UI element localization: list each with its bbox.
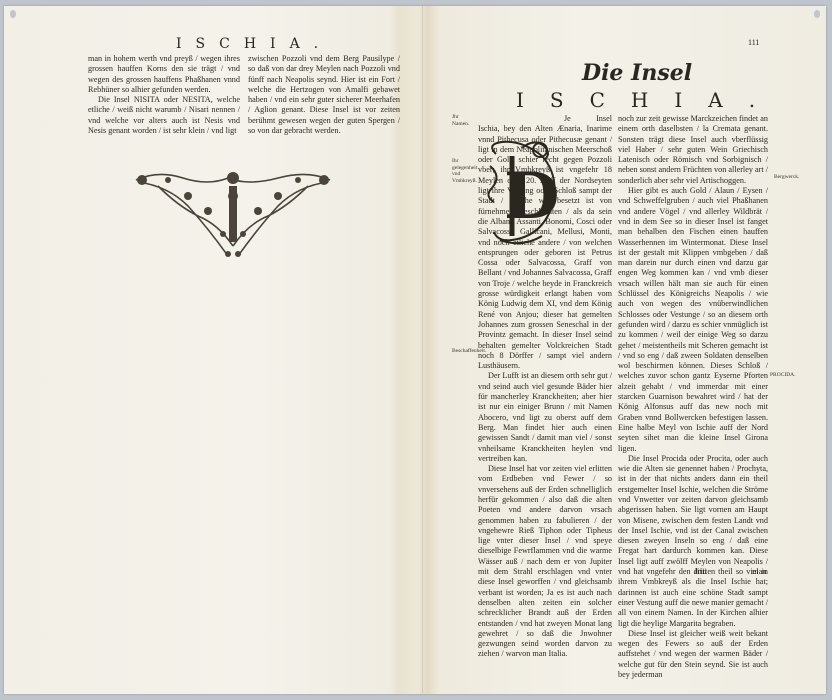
pin-hole-left	[10, 10, 16, 18]
catchword: man	[752, 566, 767, 576]
pin-hole-right	[814, 10, 820, 18]
margin-note-names: Jhr Namen.	[452, 114, 476, 127]
fold-line	[422, 6, 423, 694]
right-column-2: noch zur zeit gewisse Marckzeichen finde…	[618, 114, 768, 680]
right-column-1: Je Insel Ischia, bey den Alten Ænaria, I…	[478, 114, 612, 660]
paragraph: Die Insel Procida oder Procita, oder auc…	[618, 454, 768, 629]
floral-headpiece-ornament	[128, 166, 338, 266]
paragraph: Diese Insel ist gleicher weiß weit bekan…	[618, 629, 768, 680]
paragraph: Diese Insel hat vor zeiten viel erlitten…	[478, 464, 612, 660]
paragraph: Die Insel NISITA oder NESITA, welche etl…	[88, 95, 240, 136]
paragraph: Je Insel Ischia, bey den Alten Ænaria, I…	[478, 114, 612, 371]
left-column-2: zwischen Pozzoli vnd dem Berg Pausilype …	[248, 54, 400, 136]
margin-note-procida: PROCIDA.	[770, 372, 796, 379]
paragraph: zwischen Pozzoli vnd dem Berg Pausilype …	[248, 54, 400, 136]
signature-mark: Jiiii	[694, 566, 707, 576]
paragraph: Hier gibt es auch Gold / Alaun / Eysen /…	[618, 186, 768, 454]
page-title-fraktur: Die Insel	[582, 60, 692, 86]
page-number: 111	[748, 38, 759, 47]
margin-note-location: Ihr gelegenheit vnd Vmbkreyß.	[452, 158, 476, 184]
page-title-main: ISCHIA.	[516, 88, 781, 112]
paragraph: noch zur zeit gewisse Marckzeichen finde…	[618, 114, 768, 186]
margin-note-condition: Beschaffenheit.	[452, 348, 476, 355]
left-running-head: ISCHIA.	[176, 36, 332, 52]
margin-note-mining: Bergwerck.	[774, 174, 800, 181]
paragraph: Der Lufft ist an diesem orth sehr gut / …	[478, 371, 612, 464]
book-spread: ISCHIA. man in hohem werth vnd preyß / w…	[4, 6, 826, 694]
left-column-1: man in hohem werth vnd preyß / wegen ihr…	[88, 54, 240, 136]
paragraph: man in hohem werth vnd preyß / wegen ihr…	[88, 54, 240, 95]
